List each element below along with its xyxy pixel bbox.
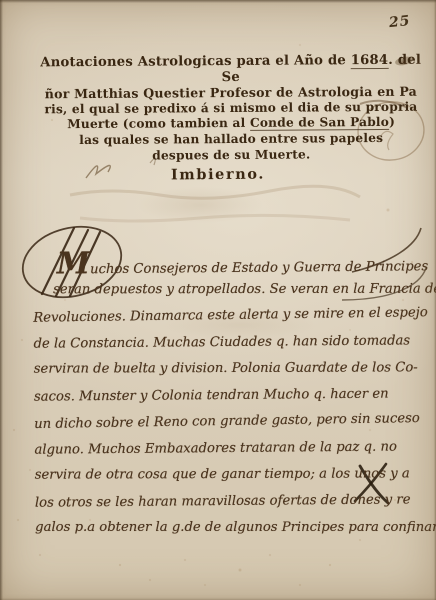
manuscript-page: 25 Anotaciones Astrologicas para el Año …: [0, 0, 436, 600]
header-line-4-end: ): [389, 115, 395, 129]
bleedthrough-line: [80, 215, 350, 221]
header-line-4-text: Muerte (como tambien al: [67, 116, 250, 131]
header-conde-underlined: Conde de San Pablo: [250, 115, 389, 131]
manuscript-line: serviran de buelta y division. Polonia G…: [34, 355, 420, 383]
manuscript-line: galos p.a obtener la g.de de algunos Pri…: [35, 515, 421, 542]
season-heading: Imbierno.: [0, 164, 436, 185]
manuscript-line: servira de otra cosa que de ganar tiempo…: [35, 461, 421, 489]
header-year: 1684: [351, 53, 389, 69]
page-number: 25: [388, 13, 411, 31]
header-line-6: despues de su Muerte.: [34, 146, 428, 164]
manuscript-line: Revoluciones. Dinamarca este alerta y se…: [33, 300, 419, 332]
manuscript-line: de la Constancia. Muchas Ciudades q. han…: [33, 328, 419, 358]
header-line-1: Anotaciones Astrologicas para el Año de …: [34, 53, 428, 87]
header-title: Anotaciones Astrologicas para el Año de …: [34, 53, 429, 165]
manuscript-line: alguno. Muchos Embaxadores trataran de l…: [34, 434, 420, 464]
header-line-1-text: Anotaciones Astrologicas para el Año de: [40, 53, 351, 70]
header-line-5: las quales se han hallado entre sus pape…: [34, 131, 428, 149]
bleedthrough-line: [70, 186, 360, 198]
manuscript-line: seran depuestos y atropellados. Se veran…: [33, 276, 419, 303]
manuscript-line: Muchos Consejeros de Estado y Guerra de …: [33, 248, 419, 278]
manuscript-line: los otros se les haran maravillosas ofer…: [35, 487, 421, 517]
manuscript-body: Muchos Consejeros de Estado y Guerra de …: [33, 248, 422, 543]
